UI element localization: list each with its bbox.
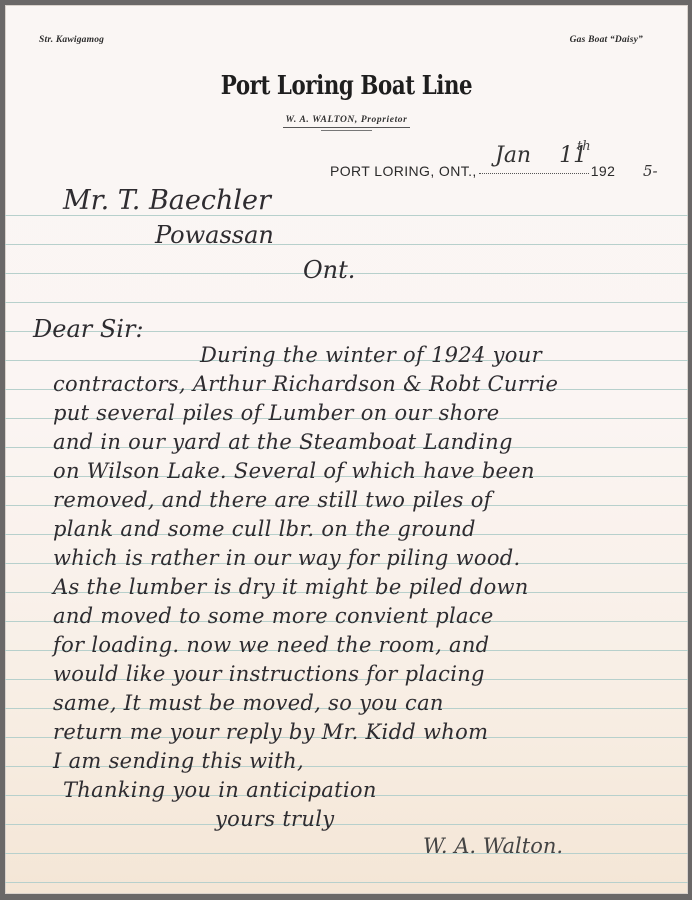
recipient-name: Mr. T. Baechler [63, 185, 271, 216]
recipient-province: Ont. [303, 256, 355, 284]
body-line: and in our yard at the Steamboat Landing [53, 430, 513, 454]
body-line: for loading. now we need the room, and [53, 633, 489, 657]
proprietor-name: W. A. WALTON, Proprietor [283, 115, 411, 128]
printed-year: 192 [591, 163, 616, 179]
signature: W. A. Walton. [423, 834, 563, 858]
recipient-town: Powassan [155, 221, 274, 249]
handwritten-year-digit: 5- [643, 162, 658, 180]
body-line: contractors, Arthur Richardson & Robt Cu… [53, 372, 558, 396]
proprietor-line: W. A. WALTON, Proprietor [5, 109, 688, 128]
body-line: removed, and there are still two piles o… [53, 488, 492, 512]
steamer-name: Str. Kawigamog [39, 35, 104, 45]
body-line: As the lumber is dry it might be piled d… [53, 575, 529, 599]
body-line: would like your instructions for placing [53, 662, 485, 686]
body-line: plank and some cull lbr. on the ground [53, 517, 476, 541]
letter-page: Str. Kawigamog Gas Boat “Daisy” Port Lor… [5, 5, 688, 894]
handwritten-date-month: Jan 11 [495, 143, 587, 168]
date-dotted-line [479, 172, 589, 174]
body-line: same, It must be moved, so you can [53, 691, 444, 715]
company-name: Port Loring Boat Line [66, 71, 626, 101]
body-line: return me your reply by Mr. Kidd whom [53, 720, 488, 744]
body-line: and moved to some more convient place [53, 604, 494, 628]
body-line: which is rather in our way for piling wo… [53, 546, 521, 570]
closing-line: yours truly [215, 807, 334, 831]
closing-line: Thanking you in anticipation [63, 778, 377, 802]
printed-place: PORT LORING, ONT., [330, 163, 477, 179]
body-line: put several piles of Lumber on our shore [53, 401, 499, 425]
gas-boat-name: Gas Boat “Daisy” [570, 35, 643, 45]
body-line: I am sending this with, [53, 749, 304, 773]
handwritten-date-suffix: th [577, 139, 591, 154]
body-line: on Wilson Lake. Several of which have be… [53, 459, 535, 483]
body-line: During the winter of 1924 your [200, 343, 542, 367]
salutation: Dear Sir: [33, 315, 144, 343]
